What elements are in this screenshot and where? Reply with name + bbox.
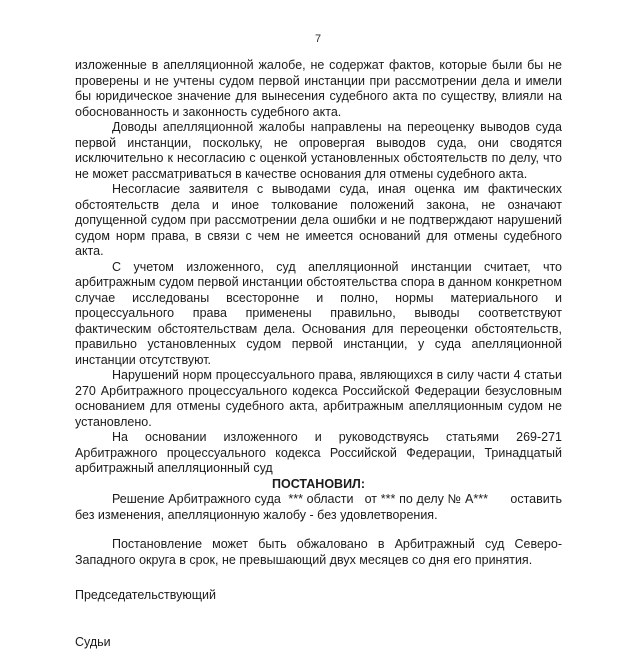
document-body: изложенные в апелляционной жалобе, не со… — [75, 58, 562, 650]
signature-chairman: Председательствующий — [75, 588, 562, 604]
document-page: 7 изложенные в апелляционной жалобе, не … — [0, 0, 636, 654]
signature-judges: Судьи — [75, 635, 562, 651]
appeal-paragraph: Постановление может быть обжаловано в Ар… — [75, 537, 562, 568]
ruling-heading: ПОСТАНОВИЛ: — [75, 477, 562, 493]
body-paragraph: Нарушений норм процессуального права, яв… — [75, 368, 562, 430]
ruling-paragraph: Решение Арбитражного суда *** области от… — [75, 492, 562, 523]
body-paragraph: С учетом изложенного, суд апелляционной … — [75, 260, 562, 369]
body-paragraph: На основании изложенного и руководствуяс… — [75, 430, 562, 477]
body-paragraph: изложенные в апелляционной жалобе, не со… — [75, 58, 562, 120]
page-number: 7 — [0, 33, 636, 46]
body-paragraph: Доводы апелляционной жалобы направлены н… — [75, 120, 562, 182]
body-paragraph: Несогласие заявителя с выводами суда, ин… — [75, 182, 562, 260]
